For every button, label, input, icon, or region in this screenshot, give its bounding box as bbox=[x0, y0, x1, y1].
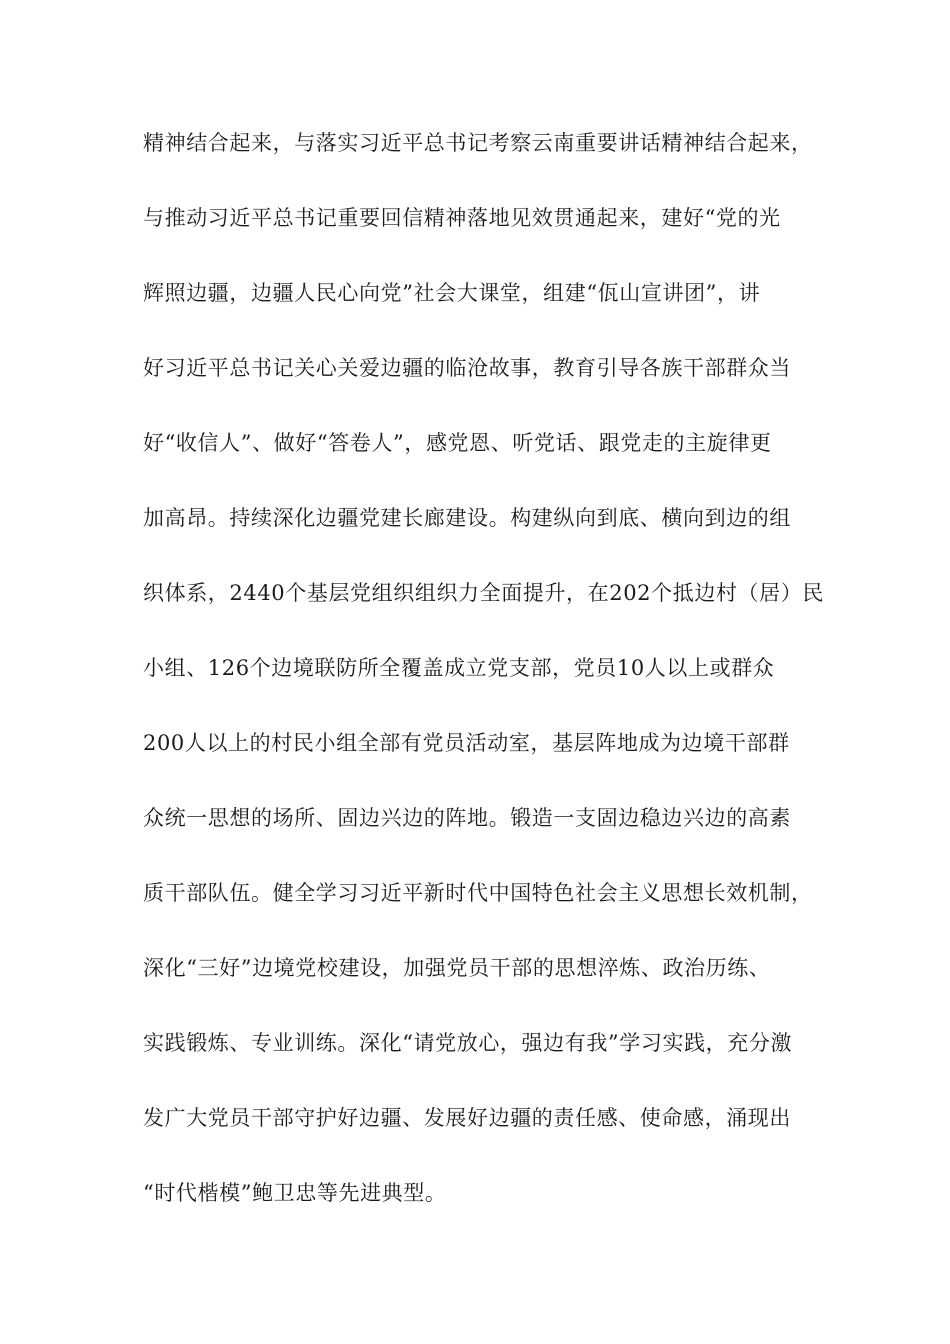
text-line: 小组、126个边境联防所全覆盖成立党支部，党员10人以上或群众 bbox=[143, 653, 833, 683]
text-line: 好习近平总书记关心关爱边疆的临沧故事，教育引导各族干部群众当 bbox=[143, 353, 833, 383]
text-line: “时代楷模”鲍卫忠等先进典型。 bbox=[143, 1178, 833, 1208]
text-line: 质干部队伍。健全学习习近平新时代中国特色社会主义思想长效机制， bbox=[143, 878, 833, 908]
text-line: 好“收信人”、做好“答卷人”，感党恩、听党话、跟党走的主旋律更 bbox=[143, 428, 833, 458]
text-line: 辉照边疆，边疆人民心向党”社会大课堂，组建“佤山宣讲团”，讲 bbox=[143, 278, 833, 308]
text-line: 与推动习近平总书记重要回信精神落地见效贯通起来，建好“党的光 bbox=[143, 203, 833, 233]
text-line: 织体系，2440个基层党组织组织力全面提升，在202个抵边村（居）民 bbox=[143, 578, 833, 608]
text-line: 加高昂。持续深化边疆党建长廊建设。构建纵向到底、横向到边的组 bbox=[143, 503, 833, 533]
text-line: 实践锻炼、专业训练。深化“请党放心，强边有我”学习实践，充分激 bbox=[143, 1028, 833, 1058]
text-line: 精神结合起来，与落实习近平总书记考察云南重要讲话精神结合起来， bbox=[143, 128, 833, 158]
text-line: 深化“三好”边境党校建设，加强党员干部的思想淬炼、政治历练、 bbox=[143, 953, 833, 983]
text-line: 200人以上的村民小组全部有党员活动室，基层阵地成为边境干部群 bbox=[143, 728, 833, 758]
text-line: 众统一思想的场所、固边兴边的阵地。锻造一支固边稳边兴边的高素 bbox=[143, 803, 833, 833]
document-page: 精神结合起来，与落实习近平总书记考察云南重要讲话精神结合起来， 与推动习近平总书… bbox=[0, 0, 950, 1344]
text-line: 发广大党员干部守护好边疆、发展好边疆的责任感、使命感，涌现出 bbox=[143, 1103, 833, 1133]
